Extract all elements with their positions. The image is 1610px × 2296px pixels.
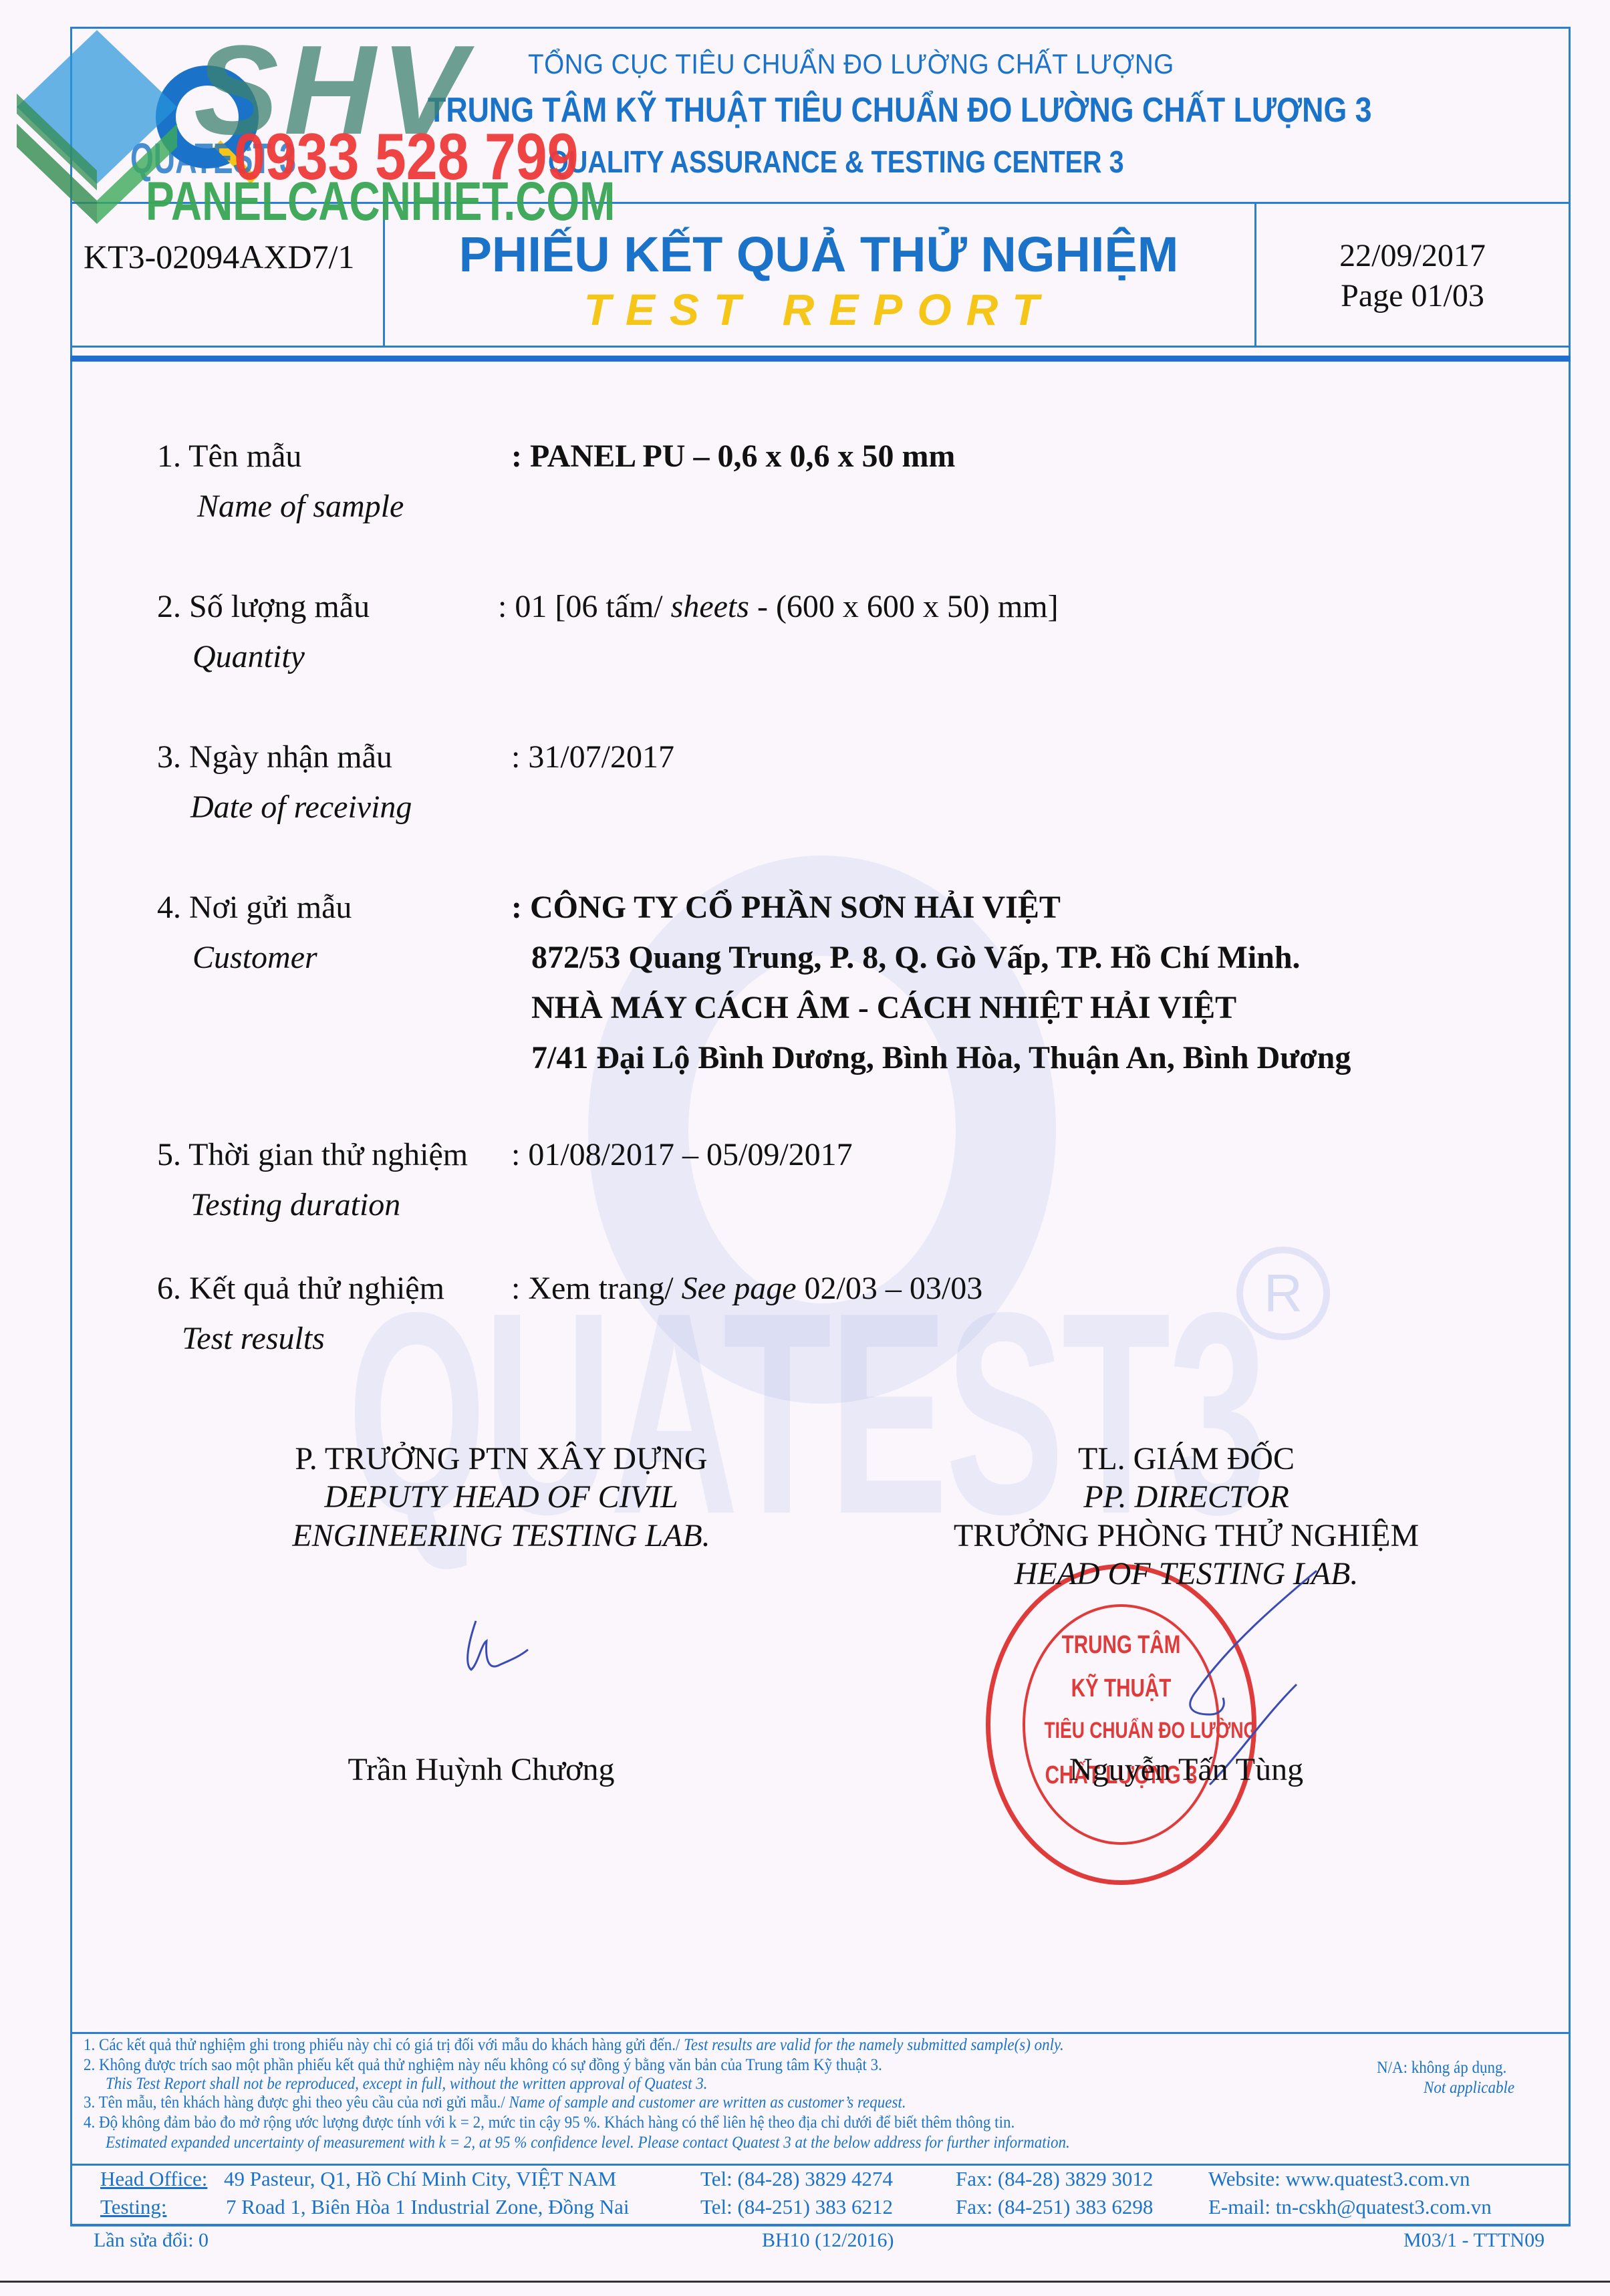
field-value-quantity: : 01 [06 tấm/ sheets - (600 x 600 x 50) … <box>498 588 1059 625</box>
sig-left-name: Trần Huỳnh Chương <box>167 1751 795 1788</box>
sig-left-title-vi: P. TRƯỞNG PTN XÂY DỰNG <box>167 1440 835 1477</box>
note-line: 1. Các kết quả thử nghiệm ghi trong phiế… <box>84 2036 1064 2055</box>
quantity-prefix: : 01 [06 tấm/ <box>498 589 671 624</box>
contacts-top-line <box>70 2164 1571 2166</box>
registered-mark-icon: R <box>1236 1247 1330 1340</box>
field-label-vi: 1. Tên mẫu <box>157 438 301 475</box>
quantity-dimensions: - (600 x 600 x 50) mm] <box>749 589 1059 624</box>
email-link[interactable]: E-mail: tn-cskh@quatest3.com.vn <box>1208 2195 1492 2219</box>
field-label-vi: 2. Số lượng mẫu <box>157 588 370 625</box>
field-value-date-received: : 31/07/2017 <box>511 739 674 775</box>
field-value-test-results: : Xem trang/ See page 02/03 – 03/03 <box>511 1270 982 1307</box>
page-bottom-edge <box>0 2281 1610 2283</box>
field-value-sample-name: : PANEL PU – 0,6 x 0,6 x 50 mm <box>511 438 955 475</box>
field-label-en: Date of receiving <box>190 789 412 825</box>
field-label-vi: 6. Kết quả thử nghiệm <box>157 1270 444 1307</box>
notes-top-line <box>70 2032 1571 2034</box>
note-vi: 1. Các kết quả thử nghiệm ghi trong phiế… <box>84 2036 684 2054</box>
head-office-label: Head Office: <box>100 2167 207 2191</box>
note-vi: 3. Tên mẫu, tên khách hàng được ghi theo… <box>84 2093 509 2112</box>
sig-right-name: Nguyễn Tấn Tùng <box>902 1751 1470 1788</box>
field-value-testing-duration: : 01/08/2017 – 05/09/2017 <box>511 1136 853 1173</box>
note-line: 4. Độ không đảm bảo đo mở rộng ước lượng… <box>84 2114 1015 2132</box>
contacts-bottom-line <box>70 2224 1571 2226</box>
field-label-vi: 5. Thời gian thử nghiệm <box>157 1136 468 1173</box>
document-id: M03/1 - TTTN09 <box>1403 2229 1545 2252</box>
sig-left-title-en-2: ENGINEERING TESTING LAB. <box>167 1517 835 1554</box>
note-line: This Test Report shall not be reproduced… <box>106 2075 708 2093</box>
header-thick-bar <box>70 356 1571 362</box>
field-label-en: Quantity <box>192 638 305 675</box>
note-en: Test results are valid for the namely su… <box>684 2036 1064 2054</box>
sig-left-title-en-1: DEPUTY HEAD OF CIVIL <box>167 1479 835 1515</box>
head-office-fax: Fax: (84-28) 3829 3012 <box>956 2167 1153 2191</box>
ad-website: PANELCACNHIET.COM <box>146 170 615 233</box>
note-line: 3. Tên mẫu, tên khách hàng được ghi theo… <box>84 2093 906 2112</box>
sig-right-role-vi: TRƯỞNG PHÒNG THỬ NGHIỆM <box>902 1517 1470 1554</box>
results-see-page: See page <box>682 1271 797 1306</box>
website-link[interactable]: Website: www.quatest3.com.vn <box>1208 2167 1470 2191</box>
customer-factory-address: 7/41 Đại Lộ Bình Dương, Bình Hòa, Thuận … <box>531 1039 1351 1076</box>
field-label-en: Name of sample <box>197 488 404 525</box>
testing-fax: Fax: (84-251) 383 6298 <box>956 2195 1153 2219</box>
field-label-en: Customer <box>192 939 317 976</box>
form-code: BH10 (12/2016) <box>762 2229 894 2252</box>
testing-address: 7 Road 1, Biên Hòa 1 Industrial Zone, Đồ… <box>226 2195 630 2219</box>
report-title-vi: PHIẾU KẾT QUẢ THỬ NGHIỆM <box>383 226 1254 283</box>
quantity-unit: sheets <box>671 589 749 624</box>
customer-name: : CÔNG TY CỔ PHẦN SƠN HẢI VIỆT <box>511 889 1061 926</box>
report-title-en: TEST REPORT <box>383 284 1254 335</box>
results-prefix: : Xem trang/ <box>511 1271 682 1306</box>
testing-label: Testing: <box>100 2195 166 2219</box>
field-label-vi: 3. Ngày nhận mẫu <box>157 739 392 775</box>
revision-number: Lần sửa đổi: 0 <box>94 2229 209 2252</box>
header-cell-divider-right <box>1254 202 1256 346</box>
signature-left-scribble-icon <box>461 1618 541 1684</box>
customer-factory: NHÀ MÁY CÁCH ÂM - CÁCH NHIỆT HẢI VIỆT <box>531 989 1236 1026</box>
na-legend-en: Not applicable <box>1424 2079 1514 2097</box>
head-office-address: 49 Pasteur, Q1, Hồ Chí Minh City, VIỆT N… <box>224 2167 616 2191</box>
na-legend-vi: N/A: không áp dụng. <box>1377 2059 1506 2077</box>
sig-right-title-vi: TL. GIÁM ĐỐC <box>902 1440 1470 1477</box>
field-label-en: Testing duration <box>190 1186 400 1223</box>
field-label-en: Test results <box>182 1320 325 1357</box>
head-office-tel: Tel: (84-28) 3829 4274 <box>700 2167 893 2191</box>
sig-right-title-en: PP. DIRECTOR <box>902 1479 1470 1515</box>
note-line: Estimated expanded uncertainty of measur… <box>106 2134 1070 2152</box>
org-parent-name: TỔNG CỤC TIÊU CHUẨN ĐO LƯỜNG CHẤT LƯỢNG <box>528 48 1174 80</box>
note-en: Name of sample and customer are written … <box>509 2093 906 2112</box>
field-label-vi: 4. Nơi gửi mẫu <box>157 889 352 926</box>
results-pages: 02/03 – 03/03 <box>797 1271 983 1306</box>
page-number: Page 01/03 <box>1254 277 1571 314</box>
customer-address: 872/53 Quang Trung, P. 8, Q. Gò Vấp, TP.… <box>531 939 1301 976</box>
testing-tel: Tel: (84-251) 383 6212 <box>700 2195 893 2219</box>
header-bottom-line <box>70 346 1571 348</box>
report-date: 22/09/2017 <box>1254 237 1571 274</box>
report-code: KT3-02094AXD7/1 <box>84 237 355 276</box>
org-name-en: QUALITY ASSURANCE & TESTING CENTER 3 <box>548 144 1124 180</box>
note-line: 2. Không được trích sao một phần phiếu k… <box>84 2056 882 2075</box>
